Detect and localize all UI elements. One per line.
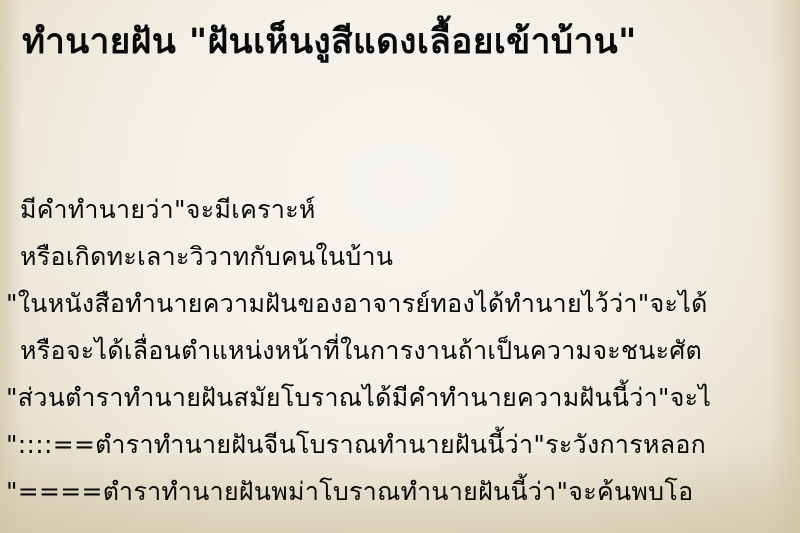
prediction-line: หรือจะได้เลื่อนตำแหน่งหน้าที่ในการงานถ้า… xyxy=(0,327,800,374)
page-title: ทำนายฝัน "ฝันเห็นงูสีแดงเลื้อยเข้าบ้าน" xyxy=(22,14,637,69)
prediction-text: มีคำทำนายว่า"จะมีเคราะห์ หรือเกิดทะเลาะว… xyxy=(0,186,800,515)
prediction-line: หรือเกิดทะเลาะวิวาทกับคนในบ้าน xyxy=(0,233,800,280)
prediction-line: "::::==ตำราทำนายฝันจีนโบราณทำนายฝันนี้ว่… xyxy=(0,421,800,468)
prediction-line: มีคำทำนายว่า"จะมีเคราะห์ xyxy=(0,186,800,233)
prediction-line: "ในหนังสือทำนายความฝันของอาจารย์ทองได้ทำ… xyxy=(0,280,800,327)
prediction-line: "====ตำราทำนายฝันพม่าโบราณทำนายฝันนี้ว่า… xyxy=(0,468,800,515)
prediction-line: "ส่วนตำราทำนายฝันสมัยโบราณได้มีคำทำนายคว… xyxy=(0,374,800,421)
